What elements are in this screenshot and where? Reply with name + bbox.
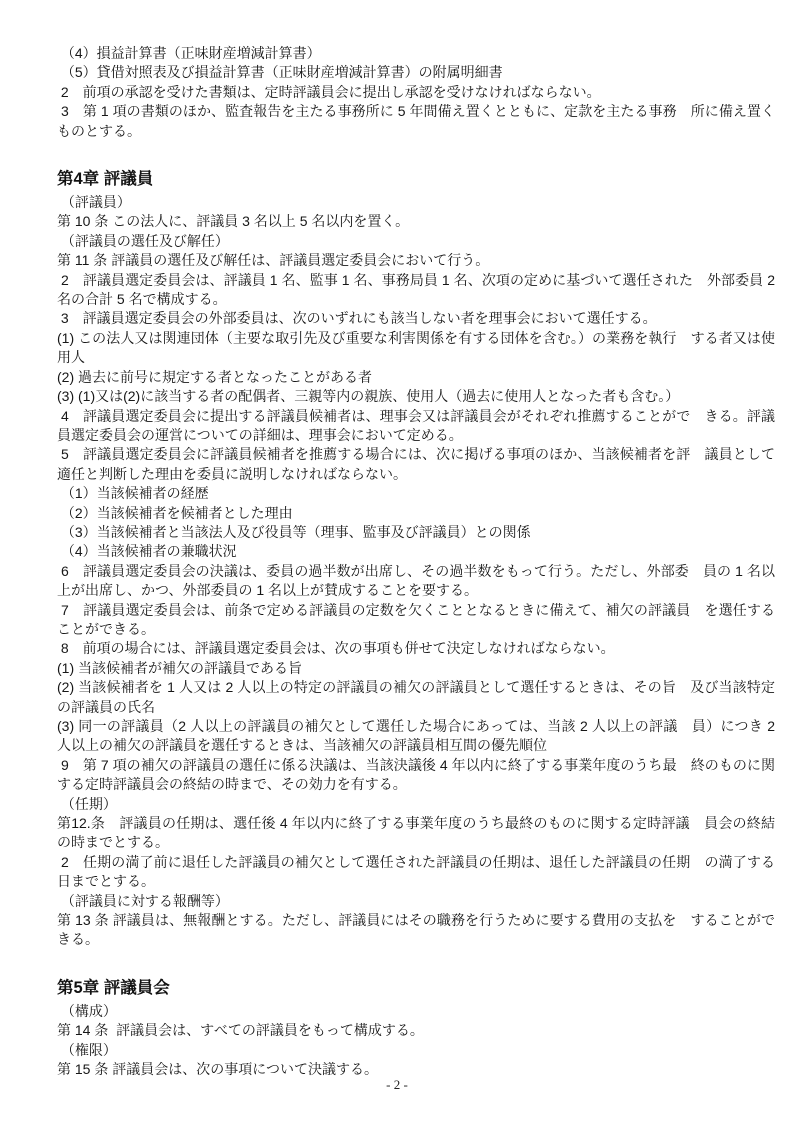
- doc-paragraph: （4）損益計算書（正味財産増減計算書）: [57, 44, 775, 63]
- doc-paragraph: 第 11 条 評議員の選任及び解任は、評議員選定委員会において行う。: [57, 251, 775, 270]
- doc-paragraph: 3 評議員選定委員会の外部委員は、次のいずれにも該当しない者を理事会において選任…: [57, 309, 775, 328]
- document-page: （4）損益計算書（正味財産増減計算書） （5）貸借対照表及び損益計算書（正味財産…: [0, 0, 794, 1123]
- doc-paragraph: （2）当該候補者を候補者とした理由: [57, 504, 775, 523]
- doc-paragraph: 4 評議員選定委員会に提出する評議員候補者は、理事会又は評議員会がそれぞれ推薦す…: [57, 407, 775, 446]
- doc-paragraph: （評議員）: [57, 193, 775, 212]
- doc-paragraph: 7 評議員選定委員会は、前条で定める評議員の定数を欠くこととなるときに備えて、補…: [57, 601, 775, 640]
- doc-paragraph: （構成）: [57, 1002, 775, 1021]
- doc-paragraph: 第 13 条 評議員は、無報酬とする。ただし、評議員にはその職務を行うために要す…: [57, 911, 775, 950]
- doc-paragraph: (2) 当該候補者を 1 人又は 2 人以上の特定の評議員の補欠の評議員として選…: [57, 678, 775, 717]
- doc-paragraph: （4）当該候補者の兼職状況: [57, 542, 775, 561]
- chapter-heading: 第4章 評議員: [57, 168, 775, 190]
- doc-paragraph: 第12.条 評議員の任期は、選任後 4 年以内に終了する事業年度のうち最終のもの…: [57, 814, 775, 853]
- doc-paragraph: 9 第 7 項の補欠の評議員の選任に係る決議は、当該決議後 4 年以内に終了する…: [57, 756, 775, 795]
- doc-paragraph: 3 第 1 項の書類のほか、監査報告を主たる事務所に 5 年間備え置くとともに、…: [57, 102, 775, 141]
- doc-paragraph: 2 任期の満了前に退任した評議員の補欠として選任された評議員の任期は、退任した評…: [57, 853, 775, 892]
- doc-paragraph: (3) (1)又は(2)に該当する者の配偶者、三親等内の親族、使用人（過去に使用…: [57, 387, 775, 406]
- doc-paragraph: （任期）: [57, 795, 775, 814]
- doc-paragraph: 8 前項の場合には、評議員選定委員会は、次の事項も併せて決定しなければならない。: [57, 639, 775, 658]
- doc-paragraph: (2) 過去に前号に規定する者となったことがある者: [57, 368, 775, 387]
- doc-paragraph: 2 前項の承認を受けた書類は、定時評議員会に提出し承認を受けなければならない。: [57, 83, 775, 102]
- doc-paragraph: （5）貸借対照表及び損益計算書（正味財産増減計算書）の附属明細書: [57, 63, 775, 82]
- page-number: - 2 -: [0, 1077, 794, 1093]
- doc-paragraph: （評議員の選任及び解任）: [57, 232, 775, 251]
- doc-paragraph: （評議員に対する報酬等）: [57, 892, 775, 911]
- chapter-heading: 第5章 評議員会: [57, 977, 775, 999]
- doc-paragraph: 第 14 条 評議員会は、すべての評議員をもって構成する。: [57, 1021, 775, 1040]
- doc-paragraph: 6 評議員選定委員会の決議は、委員の過半数が出席し、その過半数をもって行う。ただ…: [57, 562, 775, 601]
- doc-paragraph: （3）当該候補者と当該法人及び役員等（理事、監事及び評議員）との関係: [57, 523, 775, 542]
- doc-paragraph: （権限）: [57, 1041, 775, 1060]
- document-body: （4）損益計算書（正味財産増減計算書） （5）貸借対照表及び損益計算書（正味財産…: [57, 44, 775, 1080]
- doc-paragraph: (3) 同一の評議員（2 人以上の評議員の補欠として選任した場合にあっては、当該…: [57, 717, 775, 756]
- doc-paragraph: (1) 当該候補者が補欠の評議員である旨: [57, 659, 775, 678]
- doc-paragraph: (1) この法人又は関連団体（主要な取引先及び重要な利害関係を有する団体を含む。…: [57, 329, 775, 368]
- doc-paragraph: 5 評議員選定委員会に評議員候補者を推薦する場合には、次に掲げる事項のほか、当該…: [57, 445, 775, 484]
- doc-paragraph: 2 評議員選定委員会は、評議員 1 名、監事 1 名、事務局員 1 名、次項の定…: [57, 271, 775, 310]
- doc-paragraph: （1）当該候補者の経歴: [57, 484, 775, 503]
- doc-paragraph: 第 10 条 この法人に、評議員 3 名以上 5 名以内を置く。: [57, 212, 775, 231]
